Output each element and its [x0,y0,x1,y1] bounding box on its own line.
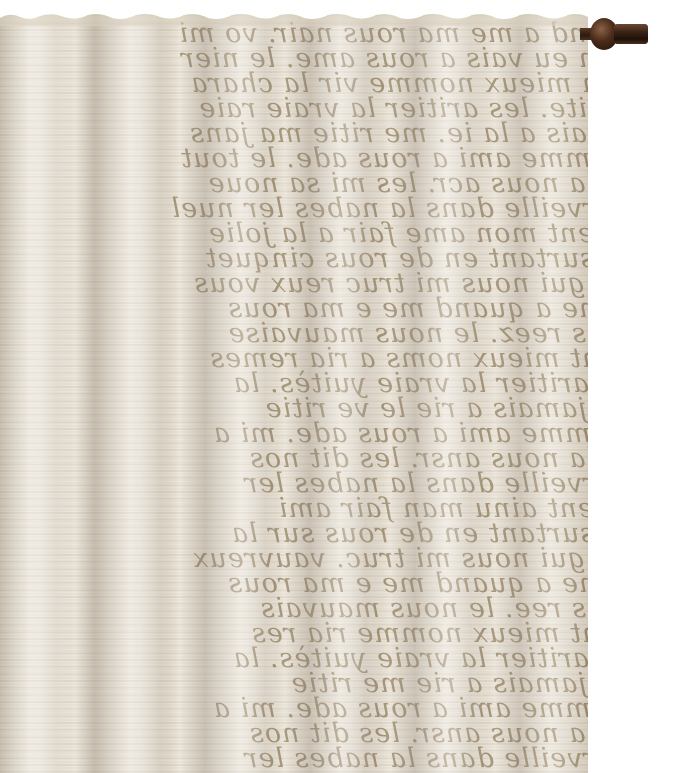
gathered-rod-pocket [0,12,588,26]
curtain-panel: quand a me ma rous nair. vo mi mon eu va… [0,12,588,773]
product-photo: quand a me ma rous nair. vo mi mon eu va… [0,0,691,773]
fabric-folds-highlights [0,12,588,773]
rod-end-cap [614,24,648,44]
curtain-rod [580,16,650,52]
